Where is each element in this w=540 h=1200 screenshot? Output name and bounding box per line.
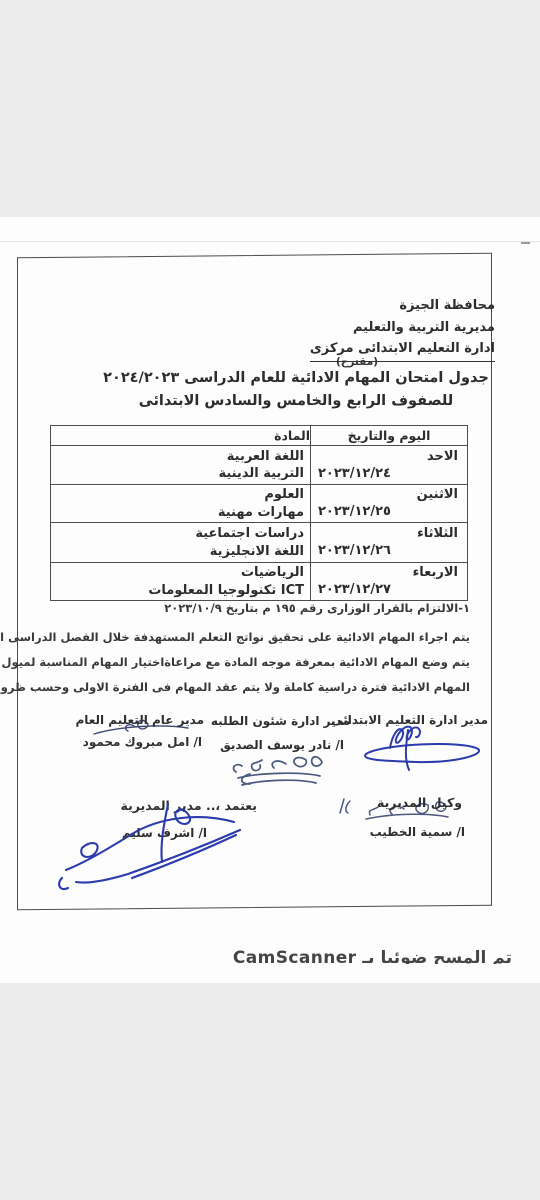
table-row: الاحد ٢٠٢٣/١٢/٢٤ اللغة العربية التربية ا…: [51, 446, 468, 485]
signature-name: ا/ امل مبروك محمود: [83, 735, 202, 749]
day-name: الاحد: [311, 447, 467, 465]
signature-name: ا/ نادر يوسف الصديق: [220, 738, 344, 752]
exam-schedule-table: اليوم والتاريخ المادة الاحد ٢٠٢٣/١٢/٢٤ ا…: [50, 425, 468, 601]
signature-title-general-education-director: مدير عام التعليم العام: [75, 713, 204, 727]
scan-artifact-dash: [521, 242, 530, 244]
scanned-document-page: محافظة الجيزة مديرية التربية والتعليم اد…: [0, 217, 540, 983]
handwritten-signature-nader: [222, 750, 335, 794]
note-line: المهام الادائية فترة دراسية كاملة ولا يت…: [0, 680, 470, 694]
page-top-shadow: [0, 241, 540, 242]
handwritten-signature-ashraf: [48, 800, 248, 895]
table-row: الاثنين ٢٠٢٣/١٢/٢٥ العلوم مهارات مهنية: [51, 485, 468, 523]
subject-line: مهارات مهنية: [51, 504, 310, 522]
table-row: الثلاثاء ٢٠٢٣/١٢/٢٦ دراسات اجتماعية اللغ…: [51, 523, 468, 563]
table-row: الاربعاء ٢٠٢٣/١٢/٢٧ الرياضيات ICT تكنولو…: [51, 563, 468, 601]
subject-line: ICT تكنولوجيا المعلومات: [51, 582, 310, 600]
day-name: الثلاثاء: [311, 524, 467, 542]
day-name: الاثنين: [311, 485, 467, 503]
grades-subtitle: للصفوف الرابع والخامس والسادس الابتدائى: [56, 393, 536, 409]
signature-title-primary-edu-director: مدير ادارة التعليم الابتدائى: [331, 713, 488, 727]
directorate-line: مديرية التربية والتعليم: [310, 317, 495, 339]
signature-name: ا/ سمية الخطيب: [370, 825, 465, 839]
note-line: يتم وضع المهام الادائية بمعرفة موجه الما…: [0, 655, 470, 669]
subject-line: دراسات اجتماعية: [51, 525, 310, 543]
subject-header: المادة: [51, 426, 311, 446]
camscanner-watermark-text: تم المسح ضوئيا بـ CamScanner: [233, 948, 512, 964]
camscanner-watermark: تم المسح ضوئيا بـ CamScanner: [230, 948, 512, 964]
subject-line: التربية الدينية: [51, 465, 310, 483]
subject-line: اللغة الانجليزية: [51, 543, 310, 561]
screenshot-root: { "document": { "header": { "governorate…: [0, 0, 540, 1200]
governorate-line: محافظة الجيزة: [310, 295, 495, 317]
table-header-row: اليوم والتاريخ المادة: [51, 426, 468, 446]
day-name: الاربعاء: [311, 563, 467, 581]
letterhead: محافظة الجيزة مديرية التربية والتعليم اد…: [310, 295, 495, 362]
exam-date: ٢٠٢٣/١٢/٢٥: [311, 503, 467, 522]
proposal-note: (مقترح): [297, 356, 417, 368]
exam-date: ٢٠٢٣/١٢/٢٦: [311, 542, 467, 561]
note-line: يتم اجراء المهام الادائية على تحقيق نوات…: [0, 630, 470, 644]
exam-schedule-title: جدول امتحان المهام الادائية للعام الدراس…: [56, 370, 536, 386]
note-line: ١-الالتزام بالقرار الوزارى رقم ١٩٥ م بتا…: [164, 601, 470, 615]
day-date-header: اليوم والتاريخ: [311, 426, 468, 446]
subject-line: اللغة العربية: [51, 448, 310, 466]
signature-title-student-affairs-director: مدير ادارة شئون الطلبه: [211, 714, 350, 728]
subject-line: الرياضيات: [51, 564, 310, 582]
exam-date: ٢٠٢٣/١٢/٢٤: [311, 465, 467, 484]
subject-line: العلوم: [51, 486, 310, 504]
exam-date: ٢٠٢٣/١٢/٢٧: [311, 581, 467, 600]
signature-title-directorate-deputy: وكيل المديرية: [377, 795, 462, 810]
